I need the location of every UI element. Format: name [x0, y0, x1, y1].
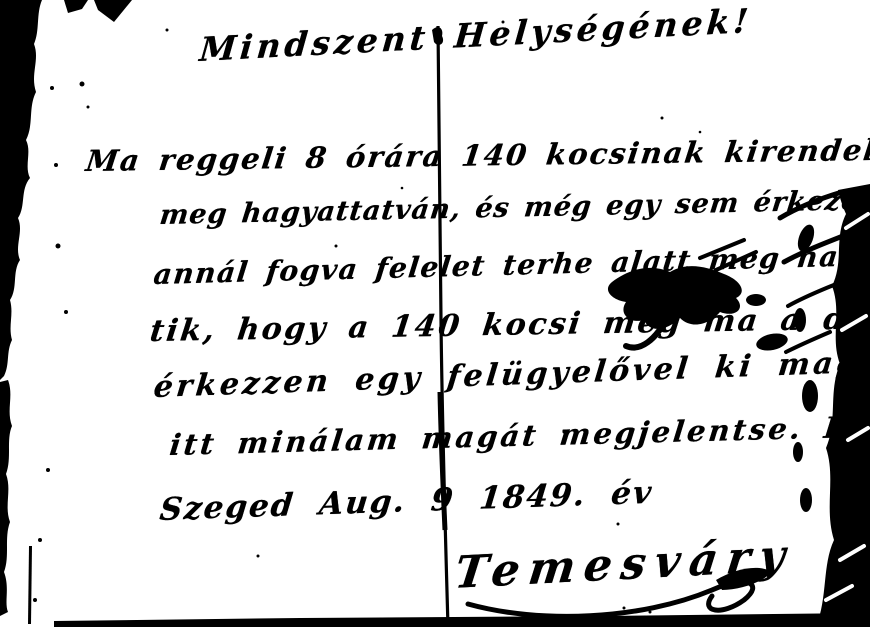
letter-body-line-3: annál fogva felelet terhe alatt meg hagy…	[152, 238, 870, 291]
bottom-edge-scan-artifact	[54, 613, 868, 627]
scanned-letter-page: Mindszent Helységének! Ma reggeli 8 órár…	[0, 0, 870, 627]
letter-body-line-4: tik, hogy a 140 kocsi még ma a d. e.	[148, 301, 870, 349]
letter-heading: Mindszent Helységének!	[198, 1, 754, 69]
left-edge-scan-artifact	[0, 0, 90, 624]
letter-body-line-5: érkezzen egy felügyelővel ki magát	[152, 344, 870, 405]
letter-dateline: Szeged Aug. 9 1849. év	[158, 475, 655, 528]
letter-body-line-6: itt minálam magát megjelentse. Kelt	[168, 409, 870, 462]
letter-body-line-2: meg hagyattatván, és még egy sem érkezet…	[158, 184, 870, 231]
top-left-ink-fragment	[64, 0, 169, 32]
letter-signature: Temesváry	[452, 530, 797, 599]
letter-body-line-1: Ma reggeli 8 órára 140 kocsinak kirendel…	[84, 132, 870, 178]
